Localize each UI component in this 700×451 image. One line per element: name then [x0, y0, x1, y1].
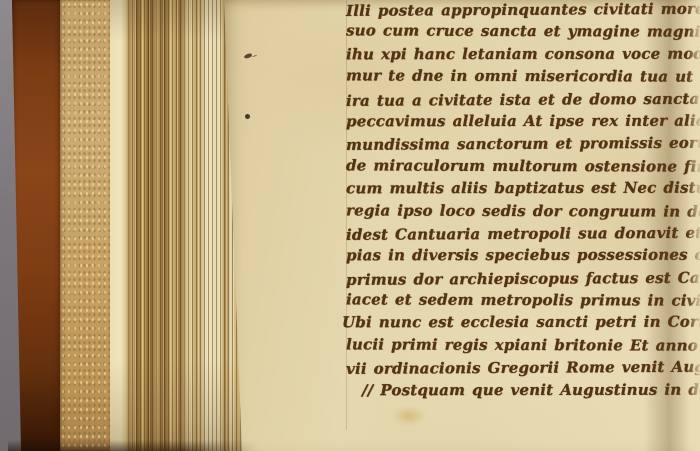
parchment-page: Illi postea appropinquantes civitati mor…: [216, 0, 700, 451]
binding-board-edge: [60, 0, 112, 451]
ink-blemish: [244, 53, 253, 59]
page-edge-shading: [110, 0, 245, 451]
page-right-edge-highlight: [687, 0, 700, 451]
parchment-stain: [392, 406, 426, 426]
page-fore-edges: [110, 0, 245, 451]
manuscript-photo: Illi postea appropinquantes civitati mor…: [0, 0, 700, 451]
book-bottom-shadow: [8, 440, 258, 451]
ink-blemish: [245, 114, 250, 119]
page-curl-shadow: [644, 0, 690, 451]
